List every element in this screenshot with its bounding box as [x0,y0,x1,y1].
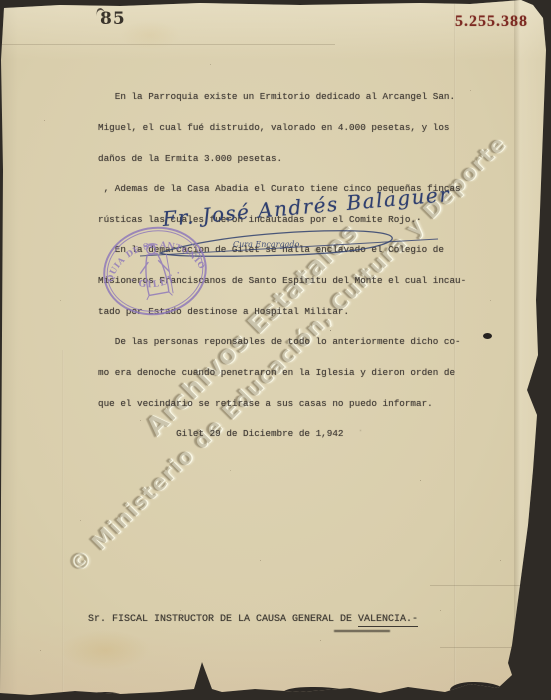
micro-print-smudge [334,630,390,632]
addressee-line: Sr. FISCAL INSTRUCTOR DE LA CAUSA GENERA… [88,614,418,625]
bottom-tear [283,687,353,700]
paper-hole-small [516,657,522,662]
typewritten-line: que el vecindario se retirase a sus casa… [98,399,498,409]
rubric-text: Cura Encargado [233,240,299,249]
right-edge-fold [514,0,548,700]
paper-speckles [0,0,1,1]
stamp-text-bottom: · GILET · [127,267,187,295]
paper-stain-top [120,20,180,50]
typewritten-line: De las personas reponsables de todo lo a… [98,337,498,347]
crease-right-low [430,585,540,586]
typewritten-dateline: Gilet 29 de Diciembre de 1,942 [98,429,498,439]
scanned-archive-document: { "page": { "folio_number": "85", "archi… [0,0,551,700]
crease-right-bottom [440,647,520,648]
archive-number-stamp: 5.255.388 [455,13,528,31]
typewritten-line: daños de la Ermita 3.000 pesetas. [98,154,498,164]
parish-stamp: PARROQUIA DE Sn ANTONIO ABAD · GILET · [75,195,235,347]
paper-stain [60,630,150,670]
typewritten-line: mo era denoche cuando penetraron en la I… [98,368,498,378]
folio-number: 85 [100,9,126,29]
addressee-prefix: Sr. FISCAL INSTRUCTOR DE LA CAUSA GENERA… [88,614,358,625]
bottom-tear [450,682,506,700]
typewritten-line: En la Parroquia existe un Ermitorio dedi… [98,92,498,102]
bottom-tear [90,692,124,700]
addressee-city: VALENCIA.- [358,614,418,627]
paper-hole [483,333,492,339]
document-page: 85 5.255.388 Archivos Estatales © Minist… [0,0,551,700]
bottom-tear [386,690,430,700]
typewritten-line: Miguel, el cual fué distruido, valorado … [98,123,498,133]
stamp-text-top: PARROQUIA DE Sn ANTONIO ABAD [75,195,208,292]
